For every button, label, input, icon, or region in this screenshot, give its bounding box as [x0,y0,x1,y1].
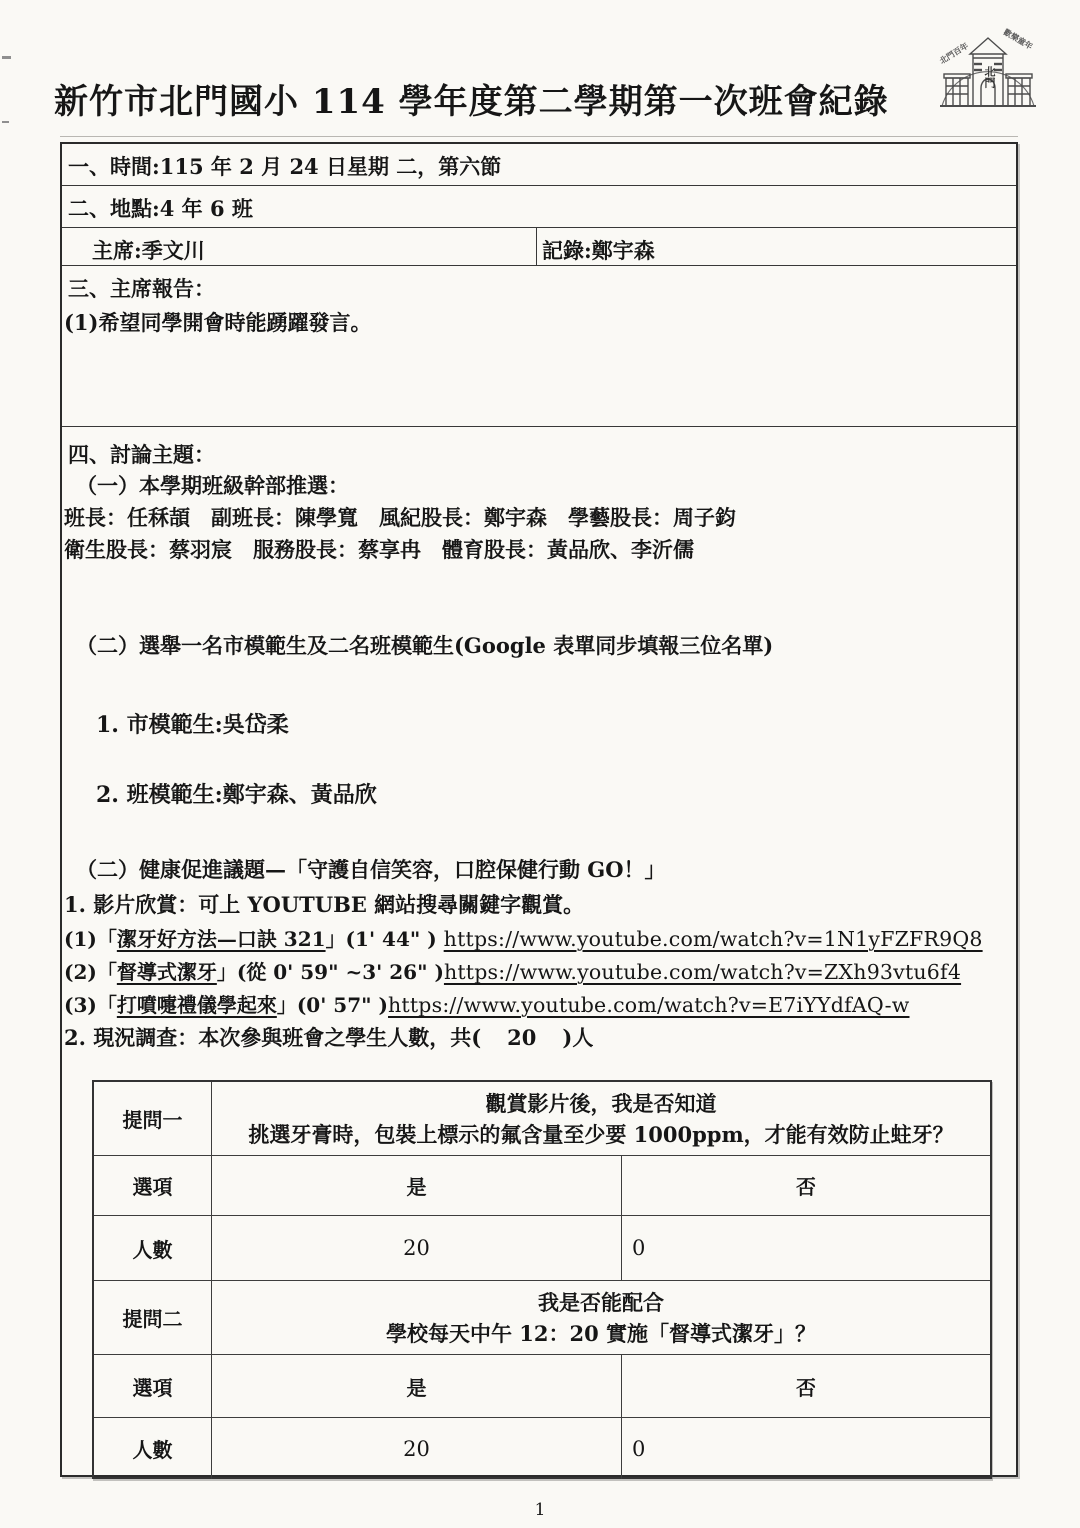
video2-title: 督導式潔牙 [117,960,217,984]
video1-duration: 」(1' 44" ) [326,927,444,951]
video1-title: 潔牙好方法—口訣 321 [117,927,326,951]
survey-suffix: )人 [562,1025,593,1050]
officers-line1: 班長：任秝頡 副班長：陳學寬 風紀股長：鄭宇森 學藝股長：周子鈞 [64,502,736,532]
question1-option-yes: 是 [212,1156,622,1216]
video3-duration: 」(0' 57" ) [277,993,388,1017]
video-intro: 1. 影片欣賞：可上 YOUTUBE 網站搜尋關鍵字觀賞。 [64,889,584,919]
scan-artifact [2,56,11,59]
chair-report-row: 三、主席報告： (1)希望同學開會時能踴躍發言。 [62,266,1016,427]
question2-line1: 我是否能配合 [538,1287,664,1318]
question2-option-yes: 是 [212,1355,622,1418]
chair-cell: 主席:季文川 [62,228,537,265]
report-item: (1)希望同學開會時能踴躍發言。 [62,303,1016,337]
survey-prefix: 2. 現況調查：本次參與班會之學生人數，共( [64,1025,481,1050]
question1-yes-count: 20 [212,1216,622,1281]
scan-ghost-line [60,136,1018,137]
question1-option-no: 否 [622,1156,990,1216]
chair-recorder-row: 主席:季文川 記錄:鄭宇森 [62,228,1016,266]
survey-summary-line: 2. 現況調查：本次參與班會之學生人數，共(20)人 [64,1022,593,1052]
scanned-meeting-record-page: 新竹市北門國小 114 學年度第二學期第一次班會紀錄 [0,0,1080,1528]
question2-yes-count: 20 [212,1418,622,1479]
video2-prefix: (2)「 [64,960,117,984]
meeting-time: 一、時間:115 年 2 月 24 日星期 二，第六節 [62,144,1016,181]
meeting-record-table: 一、時間:115 年 2 月 24 日星期 二，第六節 二、地點:4 年 6 班… [60,142,1018,1477]
question2-option-label: 選項 [94,1355,212,1418]
class-model-students: 2. 班模範生:鄭宇森、黃品欣 [96,778,377,809]
officers-line2: 衛生股長：蔡羽宸 服務股長：蔡享冉 體育股長：黃品欣、李沂儒 [64,534,694,564]
video-line-1: (1)「潔牙好方法—口訣 321」(1' 44" ) https://www.y… [64,923,983,952]
video3-title: 打噴嚏禮儀學起來 [117,993,277,1017]
question1-line1: 觀賞影片後，我是否知道 [486,1088,717,1119]
participant-count: 20 [481,1025,562,1050]
video1-link[interactable]: https://www.youtube.com/watch?v=1N1yFZFR… [444,927,983,951]
topic2-heading: （二）選舉一名市模範生及二名班模範生(Google 表單同步填報三位名單) [76,630,773,660]
question2-no-count: 0 [622,1418,990,1479]
video2-duration: 」(從 0' 59" ~3' 26" ) [217,960,444,984]
topic3-heading: （二）健康促進議題—「守護自信笑容，口腔保健行動 GO！」 [76,854,666,884]
meeting-location: 二、地點:4 年 6 班 [62,186,1016,223]
question1-line2: 挑選牙膏時，包裝上標示的氟含量至少要 1000ppm，才能有效防止蛀牙？ [248,1119,953,1150]
question1-no-count: 0 [622,1216,990,1281]
video3-link[interactable]: https://www.youtube.com/watch?v=E7iYYdfA… [388,993,910,1017]
question2-option-no: 否 [622,1355,990,1418]
question2-count-label: 人數 [94,1418,212,1479]
video-line-2: (2)「督導式潔牙」(從 0' 59" ~3' 26" )https://www… [64,956,961,985]
time-row: 一、時間:115 年 2 月 24 日星期 二，第六節 [62,144,1016,186]
city-model-student: 1. 市模範生:吳岱柔 [96,708,289,739]
school-logo: 北門 北門百年 歡樂童年 [930,22,1046,130]
video1-prefix: (1)「 [64,927,117,951]
video-line-3: (3)「打噴嚏禮儀學起來」(0' 57" )https://www.youtub… [64,989,910,1018]
video3-prefix: (3)「 [64,993,117,1017]
recorder-cell: 記錄:鄭宇森 [537,228,1016,265]
scan-artifact [2,121,9,123]
question1-label-cell: 提問一 [94,1082,212,1156]
discussion-row: 四、討論主題： （一）本學期班級幹部推選： 班長：任秝頡 副班長：陳學寬 風紀股… [62,427,1016,1475]
question1-count-label: 人數 [94,1216,212,1281]
logo-center-label: 北門 [982,62,996,92]
question2-label-cell: 提問二 [94,1281,212,1355]
oral-health-survey-table: 提問一 觀賞影片後，我是否知道 挑選牙膏時，包裝上標示的氟含量至少要 1000p… [92,1080,992,1479]
question2-line2: 學校每天中午 12：20 實施「督導式潔牙」？ [386,1318,816,1349]
report-heading: 三、主席報告： [62,266,1016,303]
question2-text-cell: 我是否能配合 學校每天中午 12：20 實施「督導式潔牙」？ [212,1281,990,1355]
topic1-heading: （一）本學期班級幹部推選： [76,470,349,500]
page-title: 新竹市北門國小 114 學年度第二學期第一次班會紀錄 [54,74,934,123]
page-number: 1 [0,1500,1080,1520]
question1-text-cell: 觀賞影片後，我是否知道 挑選牙膏時，包裝上標示的氟含量至少要 1000ppm，才… [212,1082,990,1156]
discussion-heading: 四、討論主題： [68,439,215,469]
location-row: 二、地點:4 年 6 班 [62,186,1016,228]
meeting-recorder: 記錄:鄭宇森 [537,228,1016,265]
meeting-chair: 主席:季文川 [62,228,536,265]
video2-link[interactable]: https://www.youtube.com/watch?v=ZXh93vtu… [444,960,961,984]
question1-option-label: 選項 [94,1156,212,1216]
